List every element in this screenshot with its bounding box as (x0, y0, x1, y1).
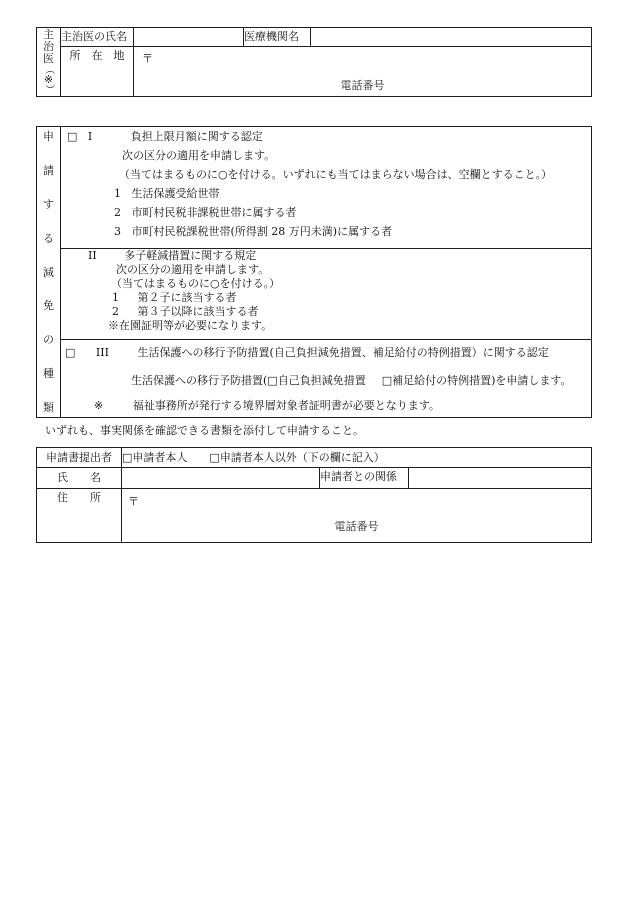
note-text: 福祉事務所が発行する境界層対象者証明書が必要となります。 (133, 399, 440, 412)
note-mark: ※ (94, 399, 103, 412)
self-pay-reduction-label: 自己負担減免措置 (278, 374, 366, 387)
item-number: 3 (114, 225, 121, 238)
item-number: 1 (114, 187, 121, 200)
section-3-cell: □ III 生活保護への移行予防措置(自己負担減免措置、補足給付の特例措置）に関… (61, 339, 592, 417)
section-2-numeral: II (88, 249, 97, 262)
submitter-address-input-cell[interactable]: 〒 電話番号 (122, 489, 592, 543)
vertical-char: 医 (43, 53, 54, 64)
submitter-label: 申請書提出者 (37, 448, 122, 468)
vertical-char: 主 (43, 29, 54, 40)
vertical-char: 類 (43, 402, 54, 413)
attending-physician-table: 主 治 医 （ ※ ） 主治医の氏名 医療機関名 所 在 地 〒 電話番号 (36, 27, 592, 97)
item-text: 第２子に該当する者 (138, 291, 237, 304)
section-3-checkbox[interactable]: □ (65, 344, 75, 361)
self-pay-reduction-checkbox[interactable]: □ (267, 372, 277, 389)
submitter-other-label: 申請者本人以外（下の欄に記入） (220, 451, 385, 464)
section-3-note: ※ 福祉事務所が発行する境界層対象者証明書が必要となります。 (61, 397, 591, 414)
physician-address-label: 所 在 地 (61, 47, 134, 97)
item-number: 1 (112, 291, 119, 304)
supplementary-benefit-label: 補足給付の特例措置 (392, 374, 491, 387)
section-1-cell: □ I 負担上限月額に関する認定 次の区分の適用を申請します。 （当てはまるもの… (61, 127, 592, 249)
postal-mark: 〒 (128, 493, 139, 509)
application-vertical-title: 申 請 す る 減 免 の 種 類 (37, 127, 60, 417)
reference-mark: ※ (44, 74, 53, 85)
relation-input-cell[interactable] (409, 468, 592, 489)
physician-name-input-cell[interactable] (134, 28, 244, 47)
physician-vertical-title: 主 治 医 （ ※ ） (37, 28, 60, 94)
item-number: 2 (112, 305, 119, 318)
postal-mark: 〒 (142, 50, 153, 66)
section-3-title: 生活保護への移行予防措置(自己負担減免措置、補足給付の特例措置）に関する認定 (137, 346, 548, 359)
vertical-char: る (43, 233, 54, 244)
submitter-table: 申請書提出者 □申請者本人□申請者本人以外（下の欄に記入） 氏 名 申請者との関… (36, 447, 592, 543)
section-2-title: 多子軽減措置に関する規定 (124, 249, 256, 262)
open-paren: （ (45, 64, 52, 74)
item-text: 第３子以降に該当する者 (138, 305, 259, 318)
line-suffix: )を申請します。 (491, 374, 571, 387)
physician-address-input-cell[interactable]: 〒 電話番号 (134, 47, 592, 97)
submitter-name-input-cell[interactable] (122, 468, 320, 489)
vertical-char: 申 (43, 131, 54, 142)
line-prefix: 生活保護への移行予防措置( (131, 374, 267, 387)
phone-label: 電話番号 (122, 518, 591, 534)
item-text: 市町村民税非課税世帯に属する者 (132, 206, 297, 219)
section-2-item: 2 第３子以降に該当する者 (61, 305, 591, 319)
relation-label: 申請者との関係 (320, 468, 409, 489)
section-1-item: 3 市町村民税課税世帯(所得割 28 万円未満)に属する者 (61, 222, 591, 241)
vertical-char: す (43, 199, 54, 210)
submitter-options-cell: □申請者本人□申請者本人以外（下の欄に記入） (122, 448, 592, 468)
section-3-numeral: III (96, 346, 109, 359)
section-2-item: 1 第２子に該当する者 (61, 291, 591, 305)
section-3-header: □ III 生活保護への移行予防措置(自己負担減免措置、補足給付の特例措置）に関… (61, 344, 591, 361)
medical-institution-input-cell[interactable] (311, 28, 592, 47)
submitter-self-label: 申請者本人 (132, 451, 187, 464)
form-page: 主 治 医 （ ※ ） 主治医の氏名 医療機関名 所 在 地 〒 電話番号 (0, 0, 630, 903)
item-number: 2 (114, 206, 121, 219)
item-text: 市町村民税課税世帯(所得割 28 万円未満)に属する者 (132, 225, 393, 238)
section-1-item: 1 生活保護受給世帯 (61, 184, 591, 203)
medical-institution-label: 医療機関名 (244, 28, 311, 47)
section-1-item: 2 市町村民税非課税世帯に属する者 (61, 203, 591, 222)
submitter-name-label: 氏 名 (37, 468, 122, 489)
application-type-table: 申 請 す る 減 免 の 種 類 □ I 負担上限月額に関する認定 次の区分の… (36, 126, 592, 418)
attachment-note: いずれも、事実関係を確認できる書類を添付して申請すること。 (45, 424, 364, 438)
application-vertical-header: 申 請 す る 減 免 の 種 類 (37, 127, 61, 418)
section-2-cell: II 多子軽減措置に関する規定 次の区分の適用を申請します。 （当てはまるものに… (61, 249, 592, 339)
section-1-title: 負担上限月額に関する認定 (131, 130, 263, 143)
physician-name-label: 主治医の氏名 (61, 28, 134, 47)
vertical-char: 免 (43, 300, 54, 311)
section-1-subtitle: 次の区分の適用を申請します。 (61, 146, 591, 165)
item-text: 生活保護受給世帯 (132, 187, 220, 200)
close-paren: ） (45, 84, 52, 94)
submitter-self-checkbox[interactable]: □ (122, 448, 132, 467)
section-2-note: ※在園証明等が必要になります。 (61, 319, 591, 333)
submitter-other-checkbox[interactable]: □ (209, 448, 219, 467)
section-1-instruction: （当てはまるものに○を付ける。いずれにも当てはまらない場合は、空欄とすること。） (61, 165, 591, 184)
vertical-char: 種 (43, 368, 54, 379)
section-3-application-line: 生活保護への移行予防措置(□自己負担減免措置□補足給付の特例措置)を申請します。 (61, 372, 591, 389)
section-2-header: II 多子軽減措置に関する規定 (61, 249, 591, 263)
phone-label: 電話番号 (134, 77, 591, 93)
section-2-subtitle: 次の区分の適用を申請します。 (61, 263, 591, 277)
submitter-address-label: 住 所 (37, 489, 122, 543)
vertical-char: 減 (43, 267, 54, 278)
section-1-checkbox[interactable]: □ (67, 127, 77, 146)
section-2-instruction: （当てはまるものに○を付ける。） (61, 277, 591, 291)
vertical-char: 請 (43, 165, 54, 176)
section-1-numeral: I (88, 130, 92, 143)
vertical-char: の (43, 334, 54, 345)
physician-vertical-header: 主 治 医 （ ※ ） (37, 28, 61, 97)
vertical-char: 治 (43, 41, 54, 52)
supplementary-benefit-checkbox[interactable]: □ (382, 372, 392, 389)
section-1-header: □ I 負担上限月額に関する認定 (61, 127, 591, 146)
